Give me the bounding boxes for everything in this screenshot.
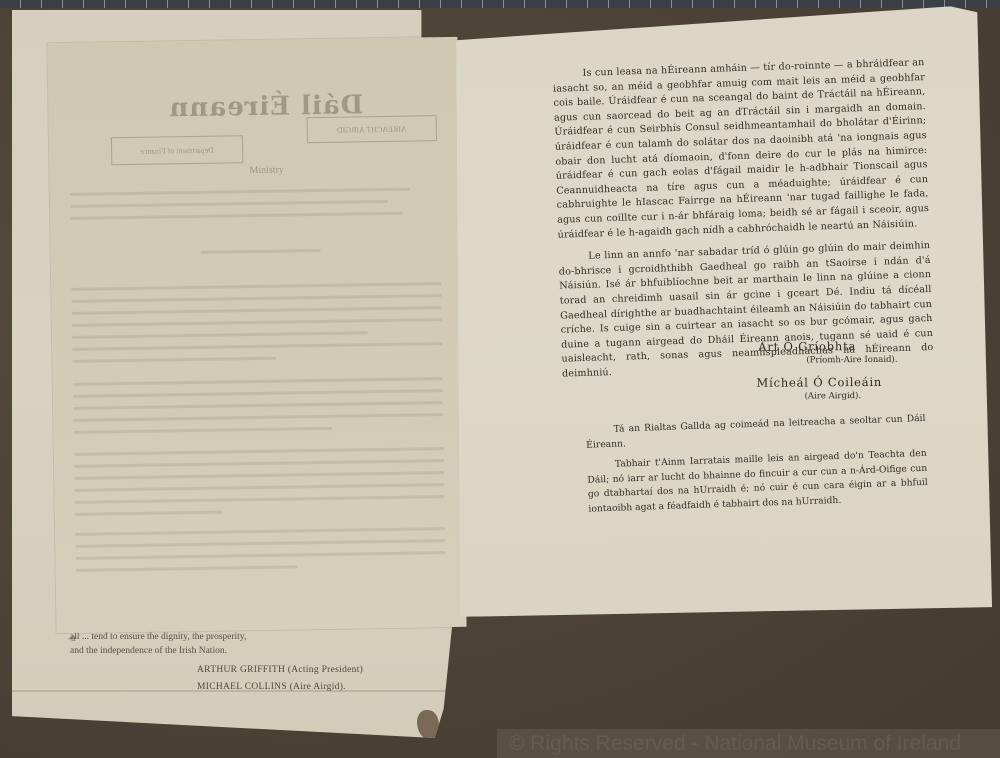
irish-signature-griffith: Art Ó Gríobhta (Príomh-Aire Ionaid). (758, 339, 897, 366)
signature-griffith: ARTHUR GRIFFITH (Acting President) (197, 662, 363, 679)
notice-paragraph-1: Tá an Rialtas Gallda ag coimeád na leitr… (585, 412, 926, 453)
bleedthrough-heading: Ministry (249, 165, 284, 177)
irish-paragraph-1: Is cun leasa na hÉireann amháin — tír do… (552, 56, 929, 243)
bleedthrough-text-block-5 (75, 527, 446, 581)
copyright-watermark: © Rights Reserved - National Museum of I… (497, 729, 1000, 758)
irish-notice: Tá an Rialtas Gallda ag coimeád na leitr… (585, 412, 928, 523)
bleedthrough-text-block-2 (71, 282, 442, 372)
top-border-strip (0, 0, 1000, 8)
signature-collins: MICHAEL COLLINS (Aire Airgid). (197, 679, 363, 696)
notice-paragraph-2: Tabhair t'Ainm Iarratais maille leis an … (587, 447, 929, 517)
stamp-left-bleed: Department of Finance (111, 135, 243, 165)
bleedthrough-underline-heading (201, 249, 321, 263)
bleedthrough-text-block-1 (70, 187, 441, 229)
irish-signature-collins: Mícheál Ó Coileáin (Aire Airgid). (756, 375, 882, 402)
front-page-right-half: Is cun leasa na hÉireann amháin — tír do… (456, 6, 992, 617)
english-closing-text: all ... tend to ensure the dignity, the … (70, 630, 420, 658)
stamp-right-bleed: AIREACHT AIRGID (307, 115, 437, 143)
english-signatures: ARTHUR GRIFFITH (Acting President) MICHA… (197, 662, 363, 696)
front-page-left-half: Dáil Éireann AIREACHT AIRGID Department … (47, 37, 466, 633)
bleedthrough-text-block-4 (74, 447, 445, 525)
bleedthrough-text-block-3 (73, 377, 444, 443)
